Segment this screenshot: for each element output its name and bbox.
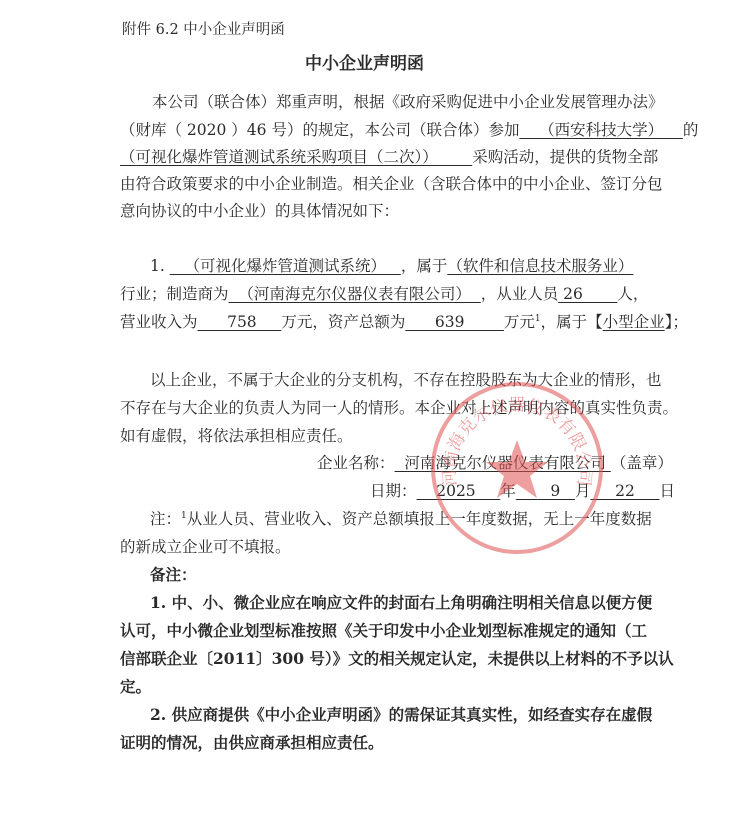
revenue-unit: 万元，资产总额为 [281, 313, 405, 331]
remark-1-line-3: 信部联企业〔2011〕300 号）》文的相关规定认定，未提供以上材料的不予以认 [120, 649, 674, 669]
day-field: 22 [590, 482, 659, 500]
intro-line-4: 由符合政策要求的中小企业制造。相关企业（含联合体中的中小企业、签订分包 [120, 174, 663, 194]
employees-field: 26 [558, 285, 617, 303]
intro-line-2: （财库（ 2020 ）46 号）的规定，本公司（联合体）参加 （西安科技大学） … [120, 120, 698, 140]
signature-date-line: 日期： 2025 年 9 月 22 日 [370, 481, 675, 501]
item1-line-3: 营业收入为 758 万元，资产总额为 639 万元1，属于【小型企业】； [120, 312, 688, 332]
intro-line-1: 本公司（联合体）郑重声明，根据《政府采购促进中小企业发展管理办法》 [152, 92, 664, 112]
attachment-label: 附件 6.2 中小企业声明函 [122, 20, 285, 40]
intro-line-3-text: 采购活动，提供的货物全部 [472, 148, 658, 166]
intro-line-3: （可视化爆炸管道测试系统采购项目（二次）） 采购活动，提供的货物全部 [120, 147, 658, 167]
declaration-line-2: 不存在与大企业的负责人为同一人的情形。本企业对上述声明内容的真实性负责。 [120, 398, 678, 418]
intro-line-2-end: 的 [683, 121, 699, 139]
remark-2-line-1: 2. 供应商提供《中小企业声明函》的需保证其真实性，如经查实存在虚假 [150, 705, 652, 725]
company-label: 企业名称： [317, 454, 395, 472]
enterprise-type-field: 小型企业 [603, 313, 665, 331]
type-label: ，属于【 [541, 313, 603, 331]
revenue-field: 758 [198, 313, 282, 331]
month-unit: 月 [575, 482, 591, 500]
assets-unit: 万元 [504, 313, 535, 331]
remark-1-line-4: 定。 [120, 677, 151, 697]
revenue-label: 营业收入为 [120, 313, 198, 331]
date-label: 日期： [370, 482, 417, 500]
seal-label: （盖章） [611, 454, 673, 472]
employees-unit: 人， [617, 285, 648, 303]
month-field: 9 [516, 482, 575, 500]
intro-line-2-text: （财库（ 2020 ）46 号）的规定，本公司（联合体）参加 [120, 121, 519, 139]
remark-1-line-2: 认可，中小微企业划型标准按照《关于印发中小企业划型标准规定的通知（工 [120, 621, 647, 641]
note-text: 从业人员、营业收入、资产总额填报上一年度数据，无上一年度数据 [187, 510, 652, 528]
declaration-line-1: 以上企业，不属于大企业的分支机构，不存在控股股东为大企业的情形，也 [150, 370, 662, 390]
item1-number: 1. [150, 257, 165, 275]
year-unit: 年 [500, 482, 516, 500]
project-field: （可视化爆炸管道测试系统采购项目（二次）） [120, 148, 472, 166]
note-label: 注： [150, 510, 181, 528]
remarks-heading: 备注： [150, 565, 197, 585]
intro-line-5: 意向协议的中小企业）的具体情况如下： [120, 201, 399, 221]
industry-suffix: 行业；制造商为 [120, 285, 229, 303]
purchaser-field: （西安科技大学） [519, 121, 682, 139]
belongs-label: ，属于 [401, 257, 448, 275]
item1-line-2: 行业；制造商为 （河南海克尔仪器仪表有限公司） ，从业人员 26 人， [120, 284, 648, 304]
document-page: 附件 6.2 中小企业声明函 中小企业声明函 本公司（联合体）郑重声明，根据《政… [0, 0, 729, 837]
type-end: 】； [665, 313, 688, 331]
item1-line-1: 1. （可视化爆炸管道测试系统） ，属于（软件和信息技术服务业） [150, 256, 633, 276]
manufacturer-field: （河南海克尔仪器仪表有限公司） [229, 285, 481, 303]
employees-label: ，从业人员 [481, 285, 559, 303]
note-line-2: 的新成立企业可不填报。 [120, 537, 291, 557]
remark-1-line-1: 1. 中、小、微企业应在响应文件的封面右上角明确注明相关信息以便方便 [150, 593, 652, 613]
signature-company-line: 企业名称： 河南海克尔仪器仪表有限公司 （盖章） [317, 453, 673, 473]
note-line-1: 注：1从业人员、营业收入、资产总额填报上一年度数据，无上一年度数据 [150, 509, 652, 529]
assets-field: 639 [405, 313, 504, 331]
day-unit: 日 [659, 482, 675, 500]
company-field: 河南海克尔仪器仪表有限公司 [395, 454, 611, 472]
year-field: 2025 [417, 482, 501, 500]
goods-field: （可视化爆炸管道测试系统） [170, 257, 401, 275]
document-title: 中小企业声明函 [0, 54, 729, 74]
remark-2-line-2: 证明的情况，由供应商承担相应责任。 [120, 733, 384, 753]
declaration-line-3: 如有虚假，将依法承担相应责任。 [120, 426, 353, 446]
industry-field: （软件和信息技术服务业） [447, 257, 633, 275]
